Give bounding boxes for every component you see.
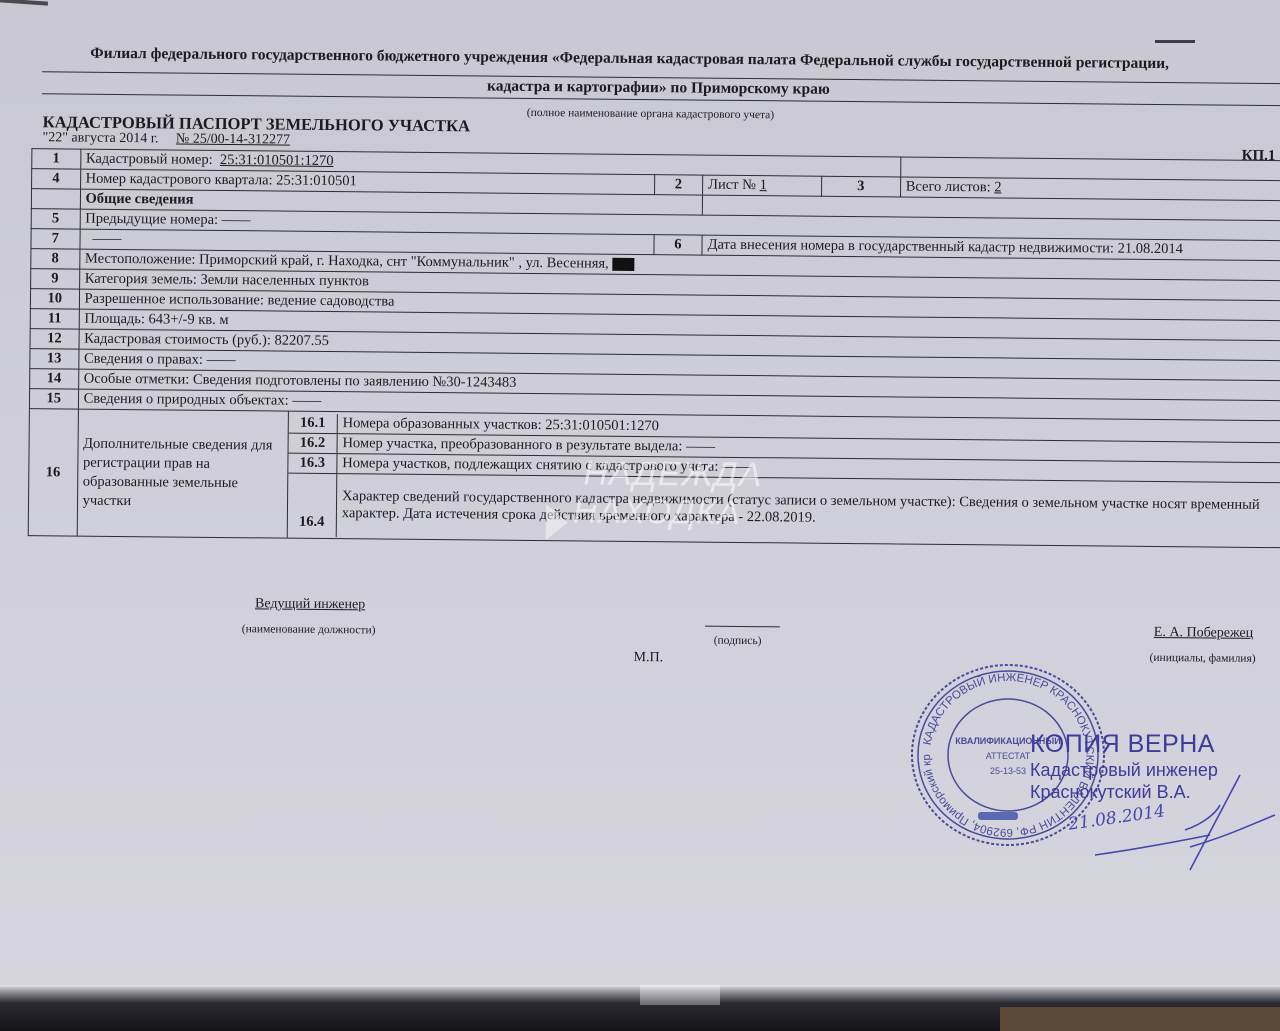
row-number: 10 bbox=[30, 289, 79, 309]
org-caption: (полное наименование органа кадастрового… bbox=[527, 107, 774, 121]
dash-value: —— bbox=[92, 231, 121, 247]
field-label: Кадастровый номер: bbox=[86, 151, 213, 168]
tape-strip bbox=[640, 985, 720, 1005]
handwritten-signature-icon bbox=[1090, 755, 1280, 875]
document-date: "22" августа 2014 г. bbox=[42, 130, 158, 146]
additional-info-label: Дополнительные сведения для регистрации … bbox=[77, 409, 289, 538]
sub-number: 16.1 bbox=[289, 413, 338, 433]
signature-line bbox=[705, 626, 780, 628]
row-number: 14 bbox=[30, 369, 79, 389]
sheet-number-cell: Лист № 1 bbox=[703, 175, 822, 196]
signature-caption: (подпись) bbox=[714, 635, 762, 647]
empty-cell bbox=[31, 189, 80, 209]
field-value: —— bbox=[222, 212, 251, 228]
sub-number: 16.2 bbox=[288, 433, 337, 453]
total-sheets: 2 bbox=[994, 179, 1001, 195]
row-number: 3 bbox=[821, 176, 900, 197]
sub-number: 16.3 bbox=[288, 453, 337, 473]
row-number: 1 bbox=[32, 149, 81, 169]
position-caption: (наименование должности) bbox=[242, 623, 376, 636]
row-number: 16 bbox=[28, 409, 78, 536]
location: Местоположение: Приморский край, г. Нахо… bbox=[85, 251, 609, 272]
document-date-line: "22" августа 2014 г. № 25/00-14-312277 bbox=[42, 130, 290, 148]
seal-place: М.П. bbox=[633, 650, 663, 666]
field-value: —— bbox=[292, 393, 321, 409]
org-name-line1: Филиал федерального государственного бюд… bbox=[90, 45, 1169, 73]
row-number: 8 bbox=[31, 249, 80, 269]
watermark: НАДЕЖДА НАХОДКА bbox=[542, 454, 803, 566]
field-label: Предыдущие номера: bbox=[85, 211, 218, 228]
row-number: 13 bbox=[30, 349, 79, 369]
background-surface bbox=[1000, 1007, 1280, 1031]
cadastral-number: 25:31:010501:1270 bbox=[220, 152, 334, 169]
row-number: 15 bbox=[29, 389, 78, 409]
document-number: № 25/00-14-312277 bbox=[176, 132, 290, 148]
watermark-line2: НАХОДКА bbox=[543, 492, 803, 532]
signer-position: Ведущий инженер bbox=[255, 596, 365, 613]
name-caption: (инициалы, фамилия) bbox=[1150, 652, 1256, 665]
signer-name: Е. А. Побережец bbox=[1154, 625, 1253, 642]
field-label: Сведения о природных объектах: bbox=[84, 391, 289, 409]
field-label: Всего листов: bbox=[906, 179, 991, 196]
stamp-center-line3: 25-13-53 bbox=[990, 766, 1026, 776]
sheet-number: 1 bbox=[760, 177, 767, 193]
paper-bottom-edge bbox=[0, 985, 1280, 1031]
field-label: Сведения о правах: bbox=[84, 351, 203, 368]
field-label: Лист № bbox=[708, 177, 756, 193]
row-number: 4 bbox=[32, 169, 81, 189]
row-number: 6 bbox=[654, 235, 703, 255]
row-number: 12 bbox=[30, 329, 79, 349]
row-number: 5 bbox=[31, 209, 80, 229]
redacted-block bbox=[613, 258, 635, 271]
row-number: 11 bbox=[30, 309, 79, 329]
row-number: 9 bbox=[31, 269, 80, 289]
record-status: Характер сведений государственного кадас… bbox=[336, 473, 1280, 546]
row-number: 7 bbox=[31, 229, 80, 249]
watermark-line1: НАДЕЖДА bbox=[543, 454, 803, 494]
row-number: 2 bbox=[654, 175, 703, 195]
stamp-center-line2: АТТЕСТАТ bbox=[986, 751, 1031, 761]
org-name-line2: кадастра и картографии» по Приморскому к… bbox=[487, 78, 830, 99]
field-value: —— bbox=[207, 352, 236, 368]
sub-number: 16.4 bbox=[288, 473, 337, 537]
